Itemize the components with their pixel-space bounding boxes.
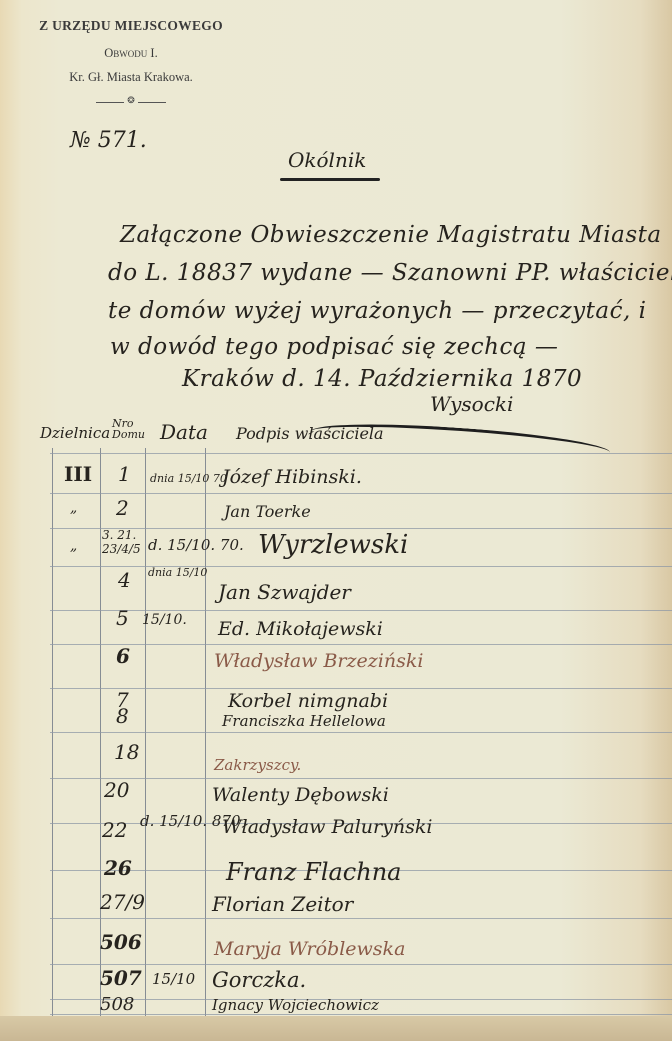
cell-house-no: 27/9 — [100, 890, 145, 914]
cell-date: dnia 15/10 — [148, 566, 207, 579]
cell-signature: Maryja Wróblewska — [214, 938, 405, 960]
body-line-1: Załączone Obwieszczenie Magistratu Miast… — [120, 222, 662, 248]
column-header-district: Dzielnica — [40, 424, 110, 442]
cell-signature: Wyrzlewski — [258, 530, 408, 560]
cell-signature: Jan Szwajder — [218, 580, 351, 604]
cell-house-no: 18 — [114, 740, 139, 764]
document-number: № 571. — [70, 128, 147, 153]
cell-house-no: 506 — [100, 930, 142, 954]
column-header-signature: Podpis właściciela — [236, 424, 384, 443]
page-edge — [0, 1016, 672, 1041]
cell-signature: Gorczka. — [212, 968, 306, 992]
cell-house-no: 3. 21. 23/4/5 — [102, 528, 144, 556]
cell-house-no: 22 — [102, 818, 127, 842]
letterhead-city: Kr. Gł. Miasta Krakowa. — [50, 70, 212, 85]
cell-signature: Władysław Paluryński — [222, 816, 432, 838]
cell-house-no: 508 — [100, 994, 134, 1015]
cell-house-no: 26 — [104, 856, 132, 880]
column-header-house-no: Nro Domu — [112, 418, 146, 440]
cell-signature: Jan Toerke — [224, 502, 311, 521]
cell-house-no: 5 — [116, 606, 129, 630]
cell-signature: Ed. Mikołajewski — [218, 618, 383, 640]
cell-signature: Franciszka Hellelowa — [222, 712, 386, 730]
cell-house-no: 1 — [118, 462, 131, 486]
cell-signature: Korbel nimgnabi — [228, 690, 388, 712]
cell-date: dnia 15/10 70 — [150, 472, 227, 485]
cell-signature: Zakrzyszcy. — [214, 756, 301, 774]
cell-house-no: 4 — [118, 568, 131, 592]
cell-date: d. 15/10. 70. — [148, 536, 244, 554]
cell-signature: Walenty Dębowski — [212, 784, 389, 806]
cell-signature: Ignacy Wojciechowicz — [212, 996, 379, 1014]
cell-date: 15/10. — [142, 612, 187, 628]
body-line-2: do L. 18837 wydane — Szanowni PP. właści… — [108, 260, 672, 286]
column-header-date: Data — [160, 420, 208, 444]
cell-signature: Władysław Brzeziński — [214, 650, 423, 672]
cell-house-no: 6 — [116, 644, 130, 668]
letterhead-district: Obwodu I. — [56, 46, 206, 61]
ornament-icon: ❂ — [124, 97, 138, 106]
title-underline — [280, 178, 380, 181]
document-title: Okólnik — [288, 148, 366, 172]
cell-house-no: 20 — [104, 778, 129, 802]
cell-signature: Franz Flachna — [226, 858, 401, 886]
cell-date: 15/10 — [152, 970, 195, 988]
cell-house-no: 507 — [100, 966, 142, 990]
cell-signature: Florian Zeitor — [212, 892, 353, 916]
cell-house-no: 8 — [116, 704, 129, 728]
cell-house-no: 2 — [116, 496, 129, 520]
body-line-4: w dowód tego podpisać się zechcą — — [110, 334, 558, 360]
cell-district: III — [64, 462, 92, 486]
letterhead-office: Z URZĘDU MIEJSCOWEGO — [36, 18, 226, 34]
cell-district: „ — [70, 538, 77, 554]
body-line-3: te domów wyżej wyrażonych — przeczytać, … — [108, 298, 646, 324]
cell-signature: Józef Hibinski. — [222, 466, 362, 488]
letterhead-ornament: ❂ — [96, 98, 166, 106]
cell-district: „ — [70, 500, 77, 516]
body-line-5: Kraków d. 14. Października 1870 — [182, 366, 582, 392]
official-signature: Wysocki — [430, 392, 513, 416]
